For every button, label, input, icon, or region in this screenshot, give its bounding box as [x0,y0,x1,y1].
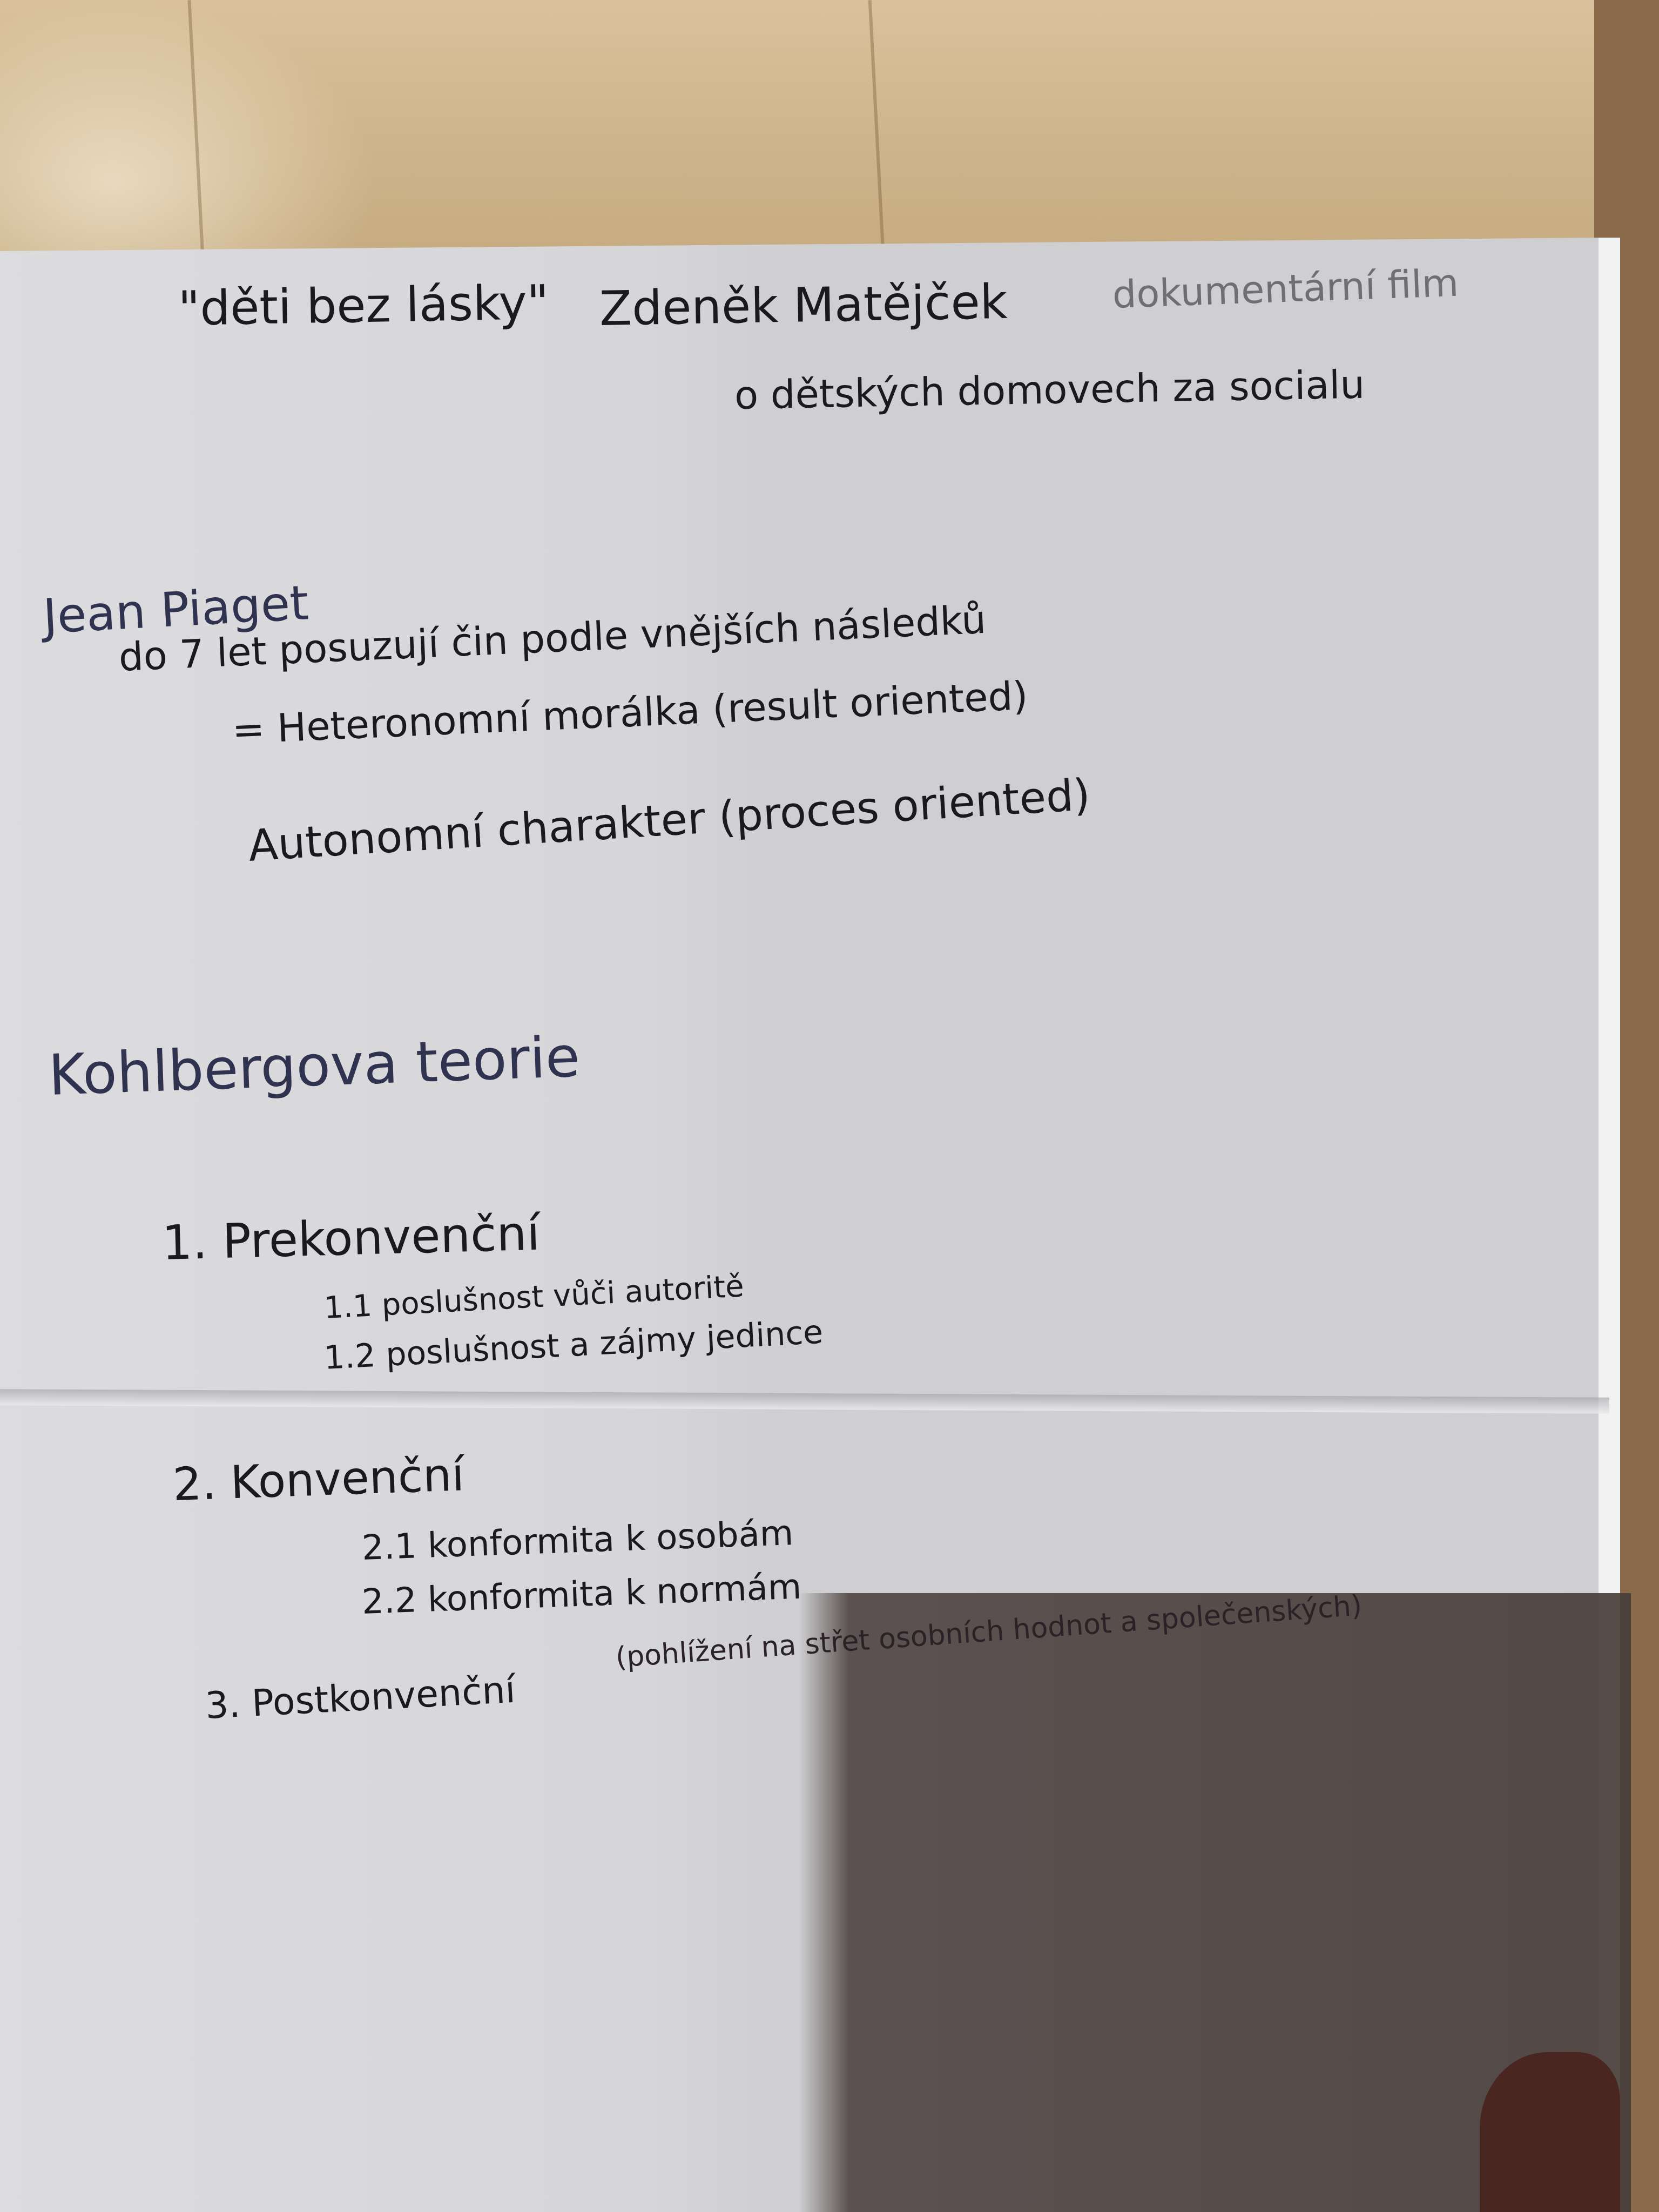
kohlberg-level-2: 2. Konvenční [172,1448,465,1511]
kohlberg-level-1: 1. Prekonvenční [161,1205,541,1271]
floor-plank-seam [868,0,885,254]
floor-glare [0,0,378,259]
film-author: Zdeněk Matějček [599,274,1008,336]
corner-stain [1480,2052,1620,2212]
film-title: "děti bez lásky" [178,274,549,336]
